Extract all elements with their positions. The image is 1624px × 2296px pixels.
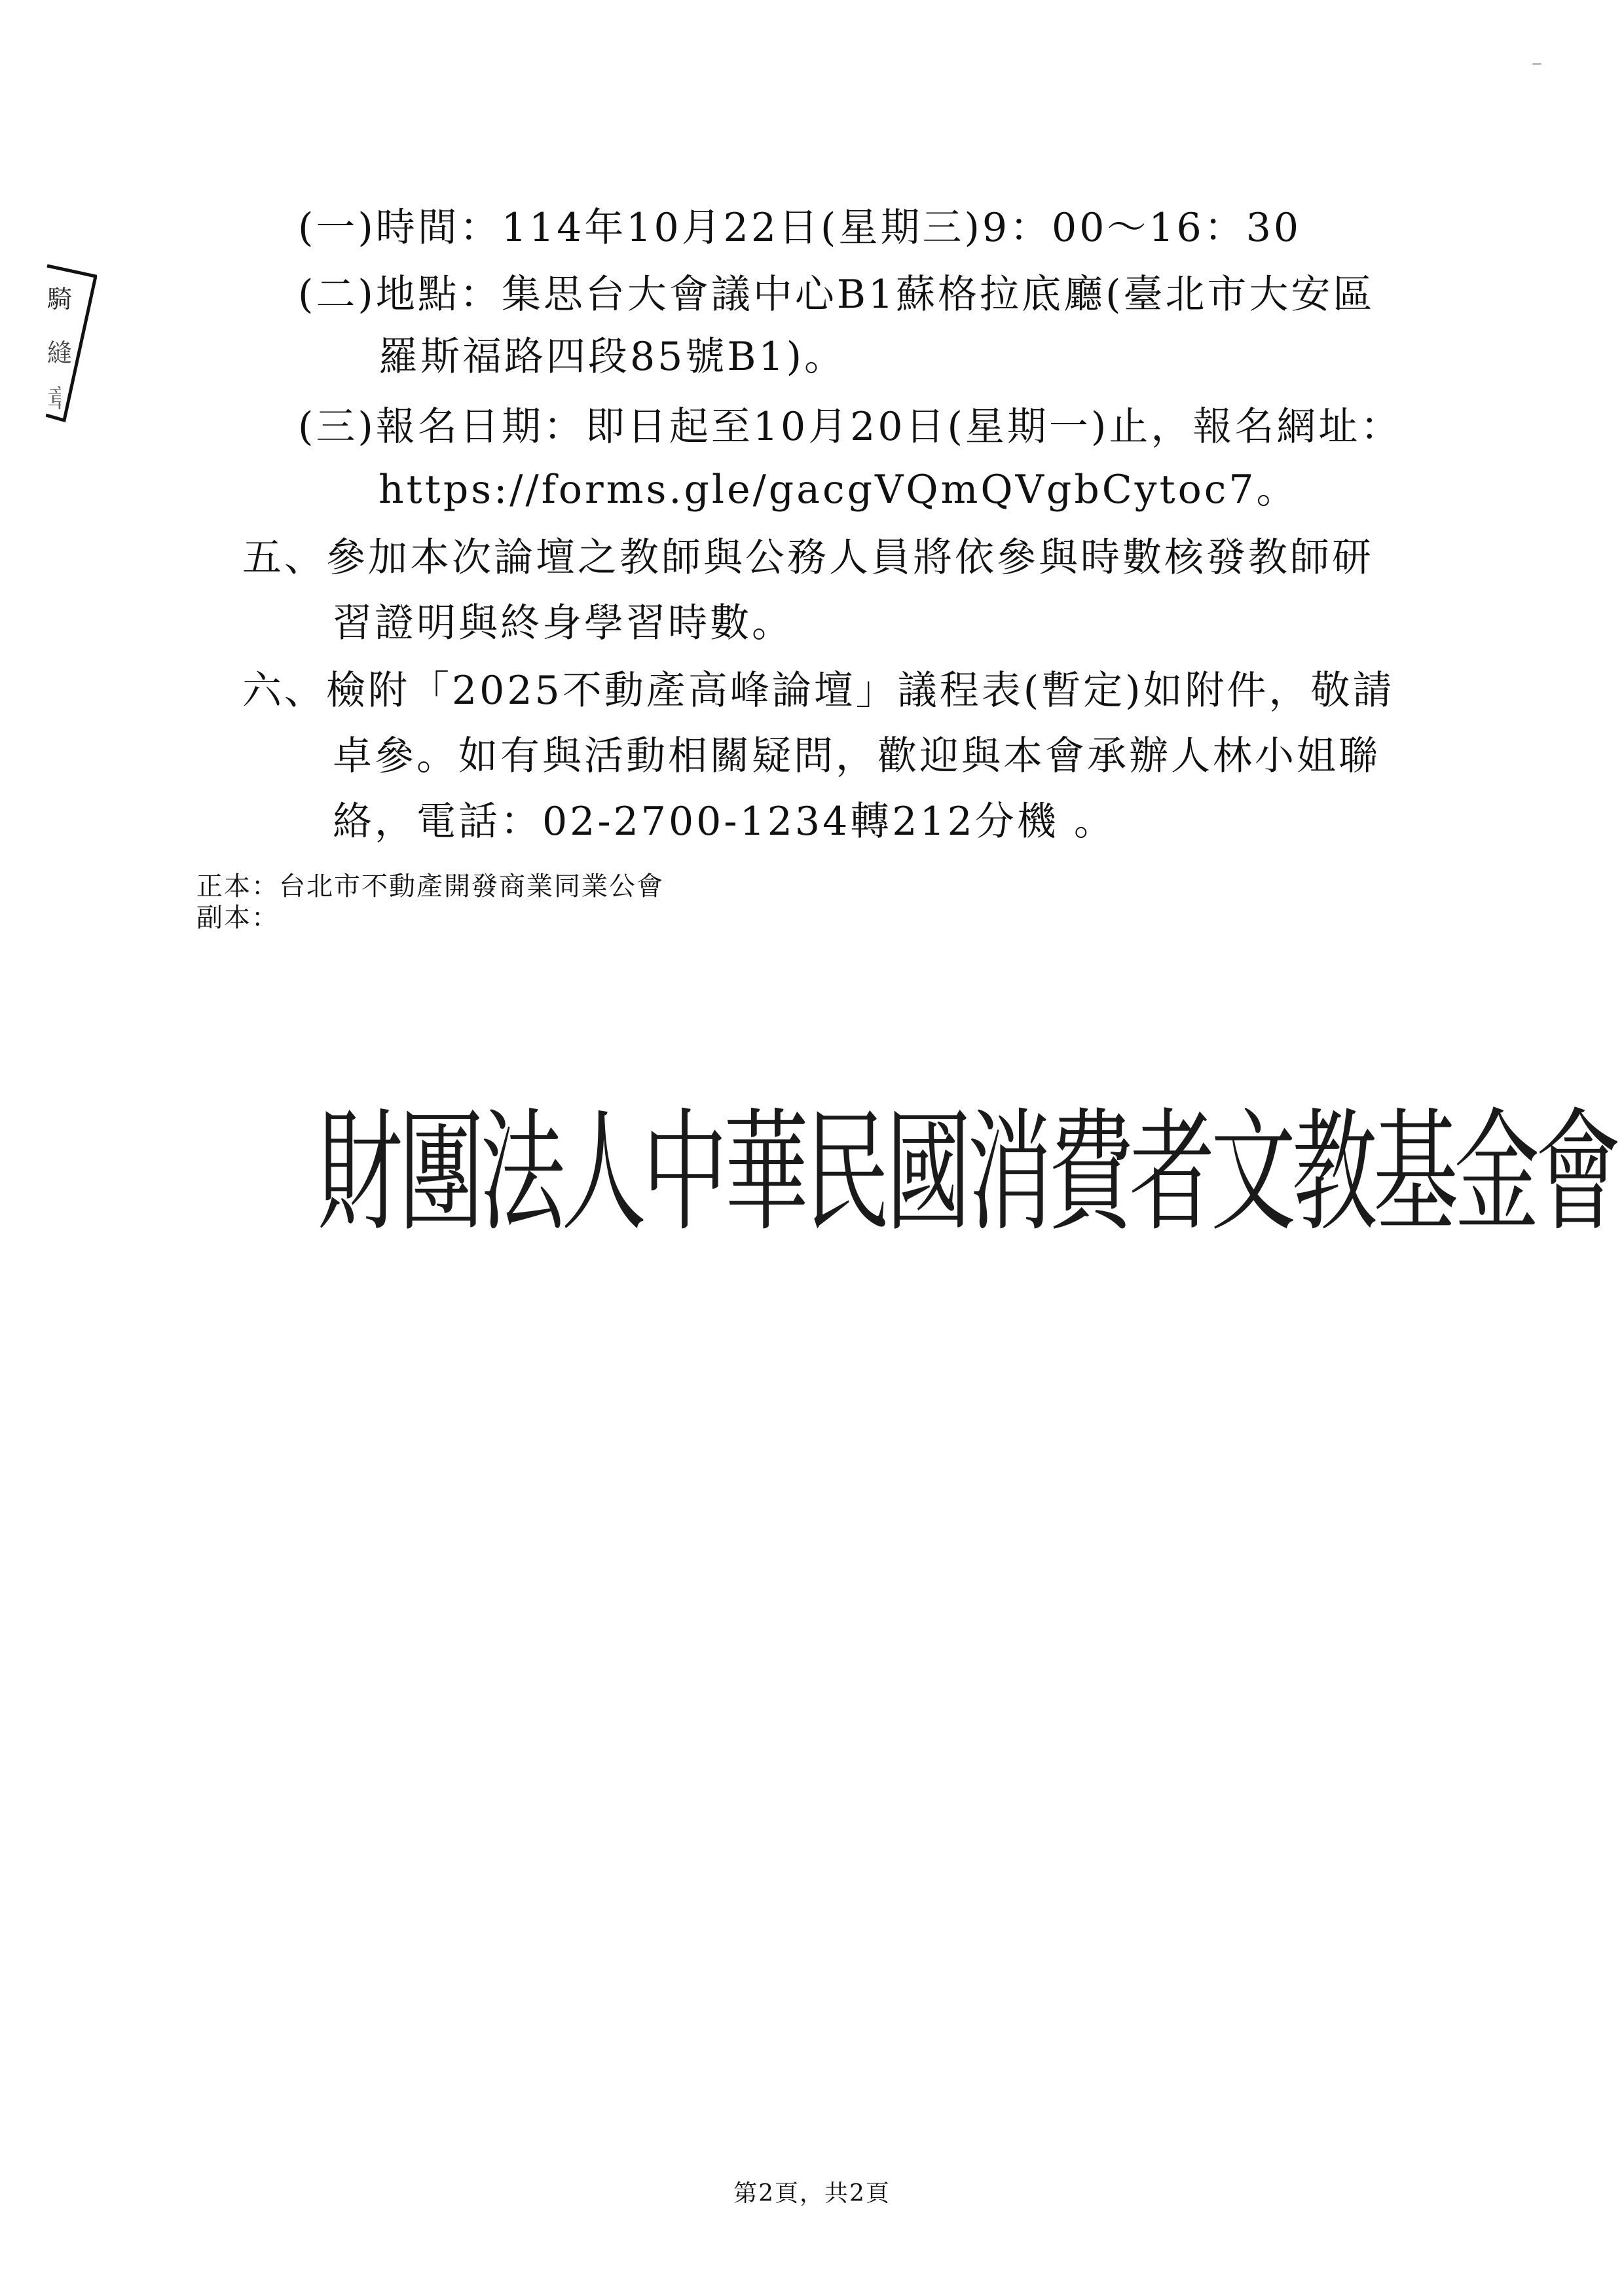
item-time: (一)時間：114年10月22日(星期三)9：00～16：30 [298,208,1301,247]
scan-artifact [1532,63,1541,65]
section-five-line-1: 五、參加本次論壇之教師與公務人員將依參與時數核發教師研 [242,538,1374,577]
organization-seal: 財團法人中華民國消費者文教基金會 [318,1106,1617,1239]
seam-stamp-char-1: 騎 [47,287,72,312]
section-six-line-1: 六、檢附「2025不動產高峰論壇」議程表(暫定)如附件，敬請 [242,671,1395,710]
section-six-line-3: 絡，電話：02-2700-1234轉212分機 。 [333,802,1116,841]
item-location: (二)地點：集思台大會議中心B1蘇格拉底廳(臺北市大安區 [298,275,1375,314]
copy-recipient-label: 副本： [196,903,279,933]
item-location-continuation: 羅斯福路四段85號B1)。 [378,337,846,376]
seam-stamp-char-2: 縫 [47,340,72,365]
original-recipient-value: 台北市不動產開發商業同業公會 [279,871,664,902]
section-six-line-2: 卓參。如有與活動相關疑問，歡迎與本會承辦人林小姐聯 [333,737,1380,776]
copy-recipient-row: 副本： [196,902,664,934]
original-recipient-label: 正本： [196,871,279,902]
item-registration: (三)報名日期：即日起至10月20日(星期一)止，報名網址： [298,407,1402,446]
recipients-block: 正本：台北市不動產開發商業同業公會 副本： [196,871,664,934]
original-recipient-row: 正本：台北市不動產開發商業同業公會 [196,871,664,902]
page-indicator: 第2頁，共2頁 [0,2175,1624,2208]
section-five-line-2: 習證明與終身學習時數。 [333,604,794,643]
registration-url-link[interactable]: https://forms.gle/gacgVQmQVgbCytoc7。 [378,470,1299,509]
seam-stamp: 騎 縫 章 [46,263,97,423]
